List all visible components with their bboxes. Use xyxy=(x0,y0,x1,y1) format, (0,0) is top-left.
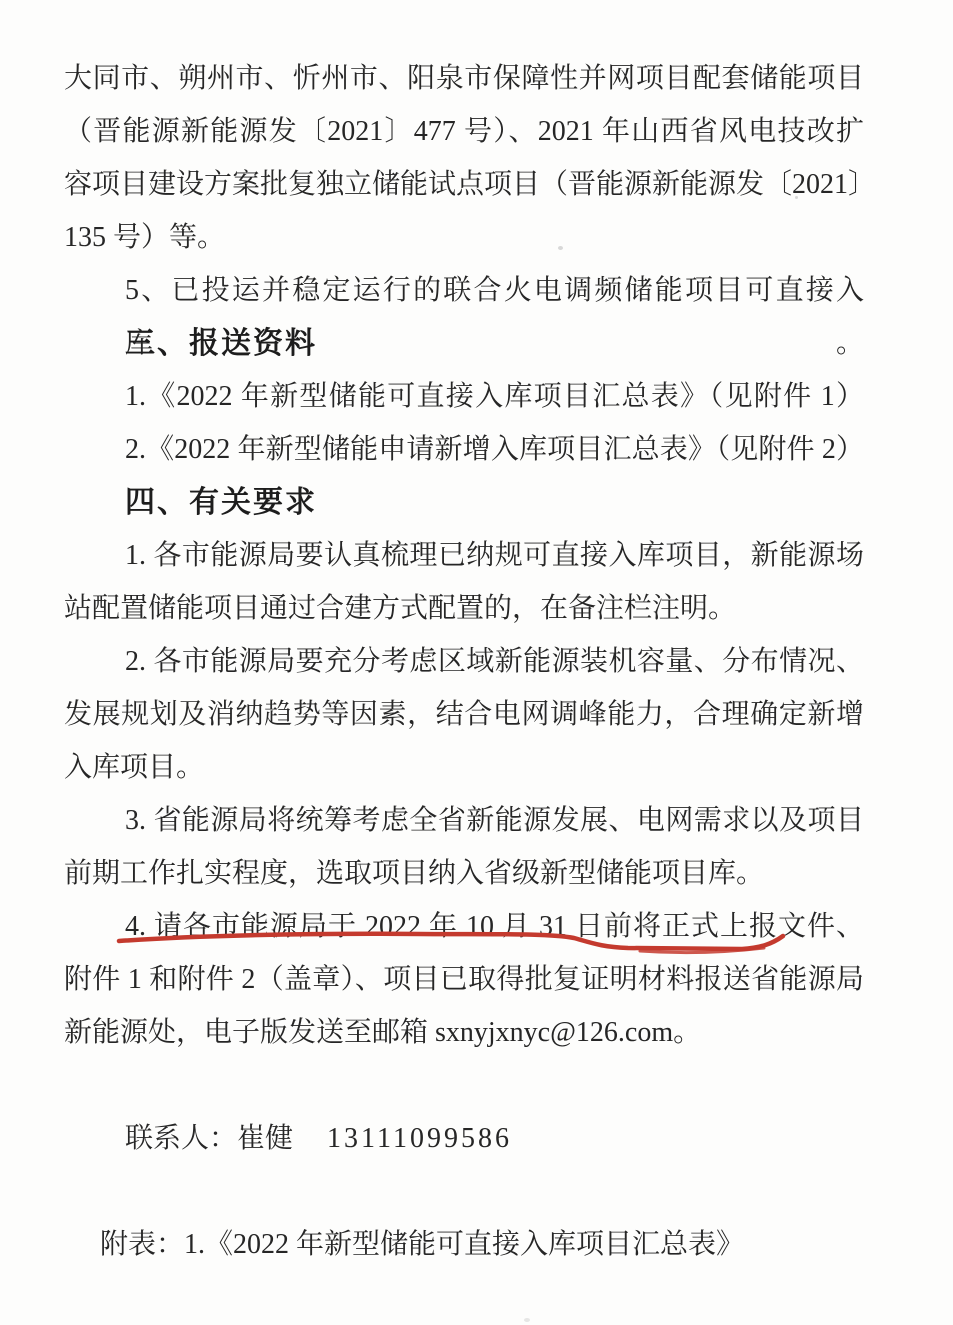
attachment-item: 1.《2022 年新型储能可直接入库项目汇总表》 xyxy=(184,1229,744,1260)
paragraph-line: 大同市、朔州市、忻州市、阳泉市保障性并网项目配套储能项目 xyxy=(64,52,864,105)
contact-phone: 13111099586 xyxy=(327,1123,512,1154)
requirement-2-line-3: 入库项目。 xyxy=(64,741,864,794)
contact-info: 联系人：崔健13111099586 xyxy=(64,1112,864,1165)
requirement-4-line-1-underlined: 4. 请各市能源局于 2022 年 10 月 31 日前将正式上报文件、 xyxy=(64,900,864,953)
list-item-attachment-2: 2.《2022 年新型储能申请新增入库项目汇总表》（见附件 2） xyxy=(64,423,864,476)
list-item-attachment-1: 1.《2022 年新型储能可直接入库项目汇总表》（见附件 1） xyxy=(64,370,864,423)
document-text-block: 大同市、朔州市、忻州市、阳泉市保障性并网项目配套储能项目 （晋能源新能源发〔20… xyxy=(64,52,864,1271)
scan-speck xyxy=(558,246,563,250)
requirement-4-line-2: 附件 1 和附件 2（盖章）、项目已取得批复证明材料报送省能源局 xyxy=(64,953,864,1006)
section-heading-requirements: 四、有关要求 xyxy=(64,476,864,529)
paragraph-line: 容项目建设方案批复独立储能试点项目（晋能源新能源发〔2021〕 xyxy=(64,158,864,211)
scan-speck xyxy=(524,1318,530,1322)
document-page: 大同市、朔州市、忻州市、阳泉市保障性并网项目配套储能项目 （晋能源新能源发〔20… xyxy=(0,0,953,1325)
attachment-list: 附表：1.《2022 年新型储能可直接入库项目汇总表》 xyxy=(64,1218,864,1271)
scan-speck xyxy=(795,196,798,199)
requirement-1-line-2: 站配置储能项目通过合建方式配置的，在备注栏注明。 xyxy=(64,582,864,635)
paragraph-line: 135 号）等。 xyxy=(64,211,864,264)
requirement-4-line-3-email: 新能源处，电子版发送至邮箱 sxnyjxnyc@126.com。 xyxy=(64,1006,864,1059)
requirement-3-line-1: 3. 省能源局将统筹考虑全省新能源发展、电网需求以及项目 xyxy=(64,794,864,847)
requirement-2-line-2: 发展规划及消纳趋势等因素，结合电网调峰能力，合理确定新增 xyxy=(64,688,864,741)
list-item-5: 5、已投运并稳定运行的联合火电调频储能项目可直接入库。 xyxy=(64,264,864,317)
requirement-2-line-1: 2. 各市能源局要充分考虑区域新能源装机容量、分布情况、 xyxy=(64,635,864,688)
paragraph-line: （晋能源新能源发〔2021〕477 号）、2021 年山西省风电技改扩 xyxy=(64,105,864,158)
contact-name: 崔健 xyxy=(237,1123,293,1154)
contact-label: 联系人： xyxy=(125,1123,237,1154)
requirement-3-line-2: 前期工作扎实程度，选取项目纳入省级新型储能项目库。 xyxy=(64,847,864,900)
requirement-1-line-1: 1. 各市能源局要认真梳理已纳规可直接入库项目，新能源场 xyxy=(64,529,864,582)
attachment-label: 附表： xyxy=(100,1229,184,1260)
